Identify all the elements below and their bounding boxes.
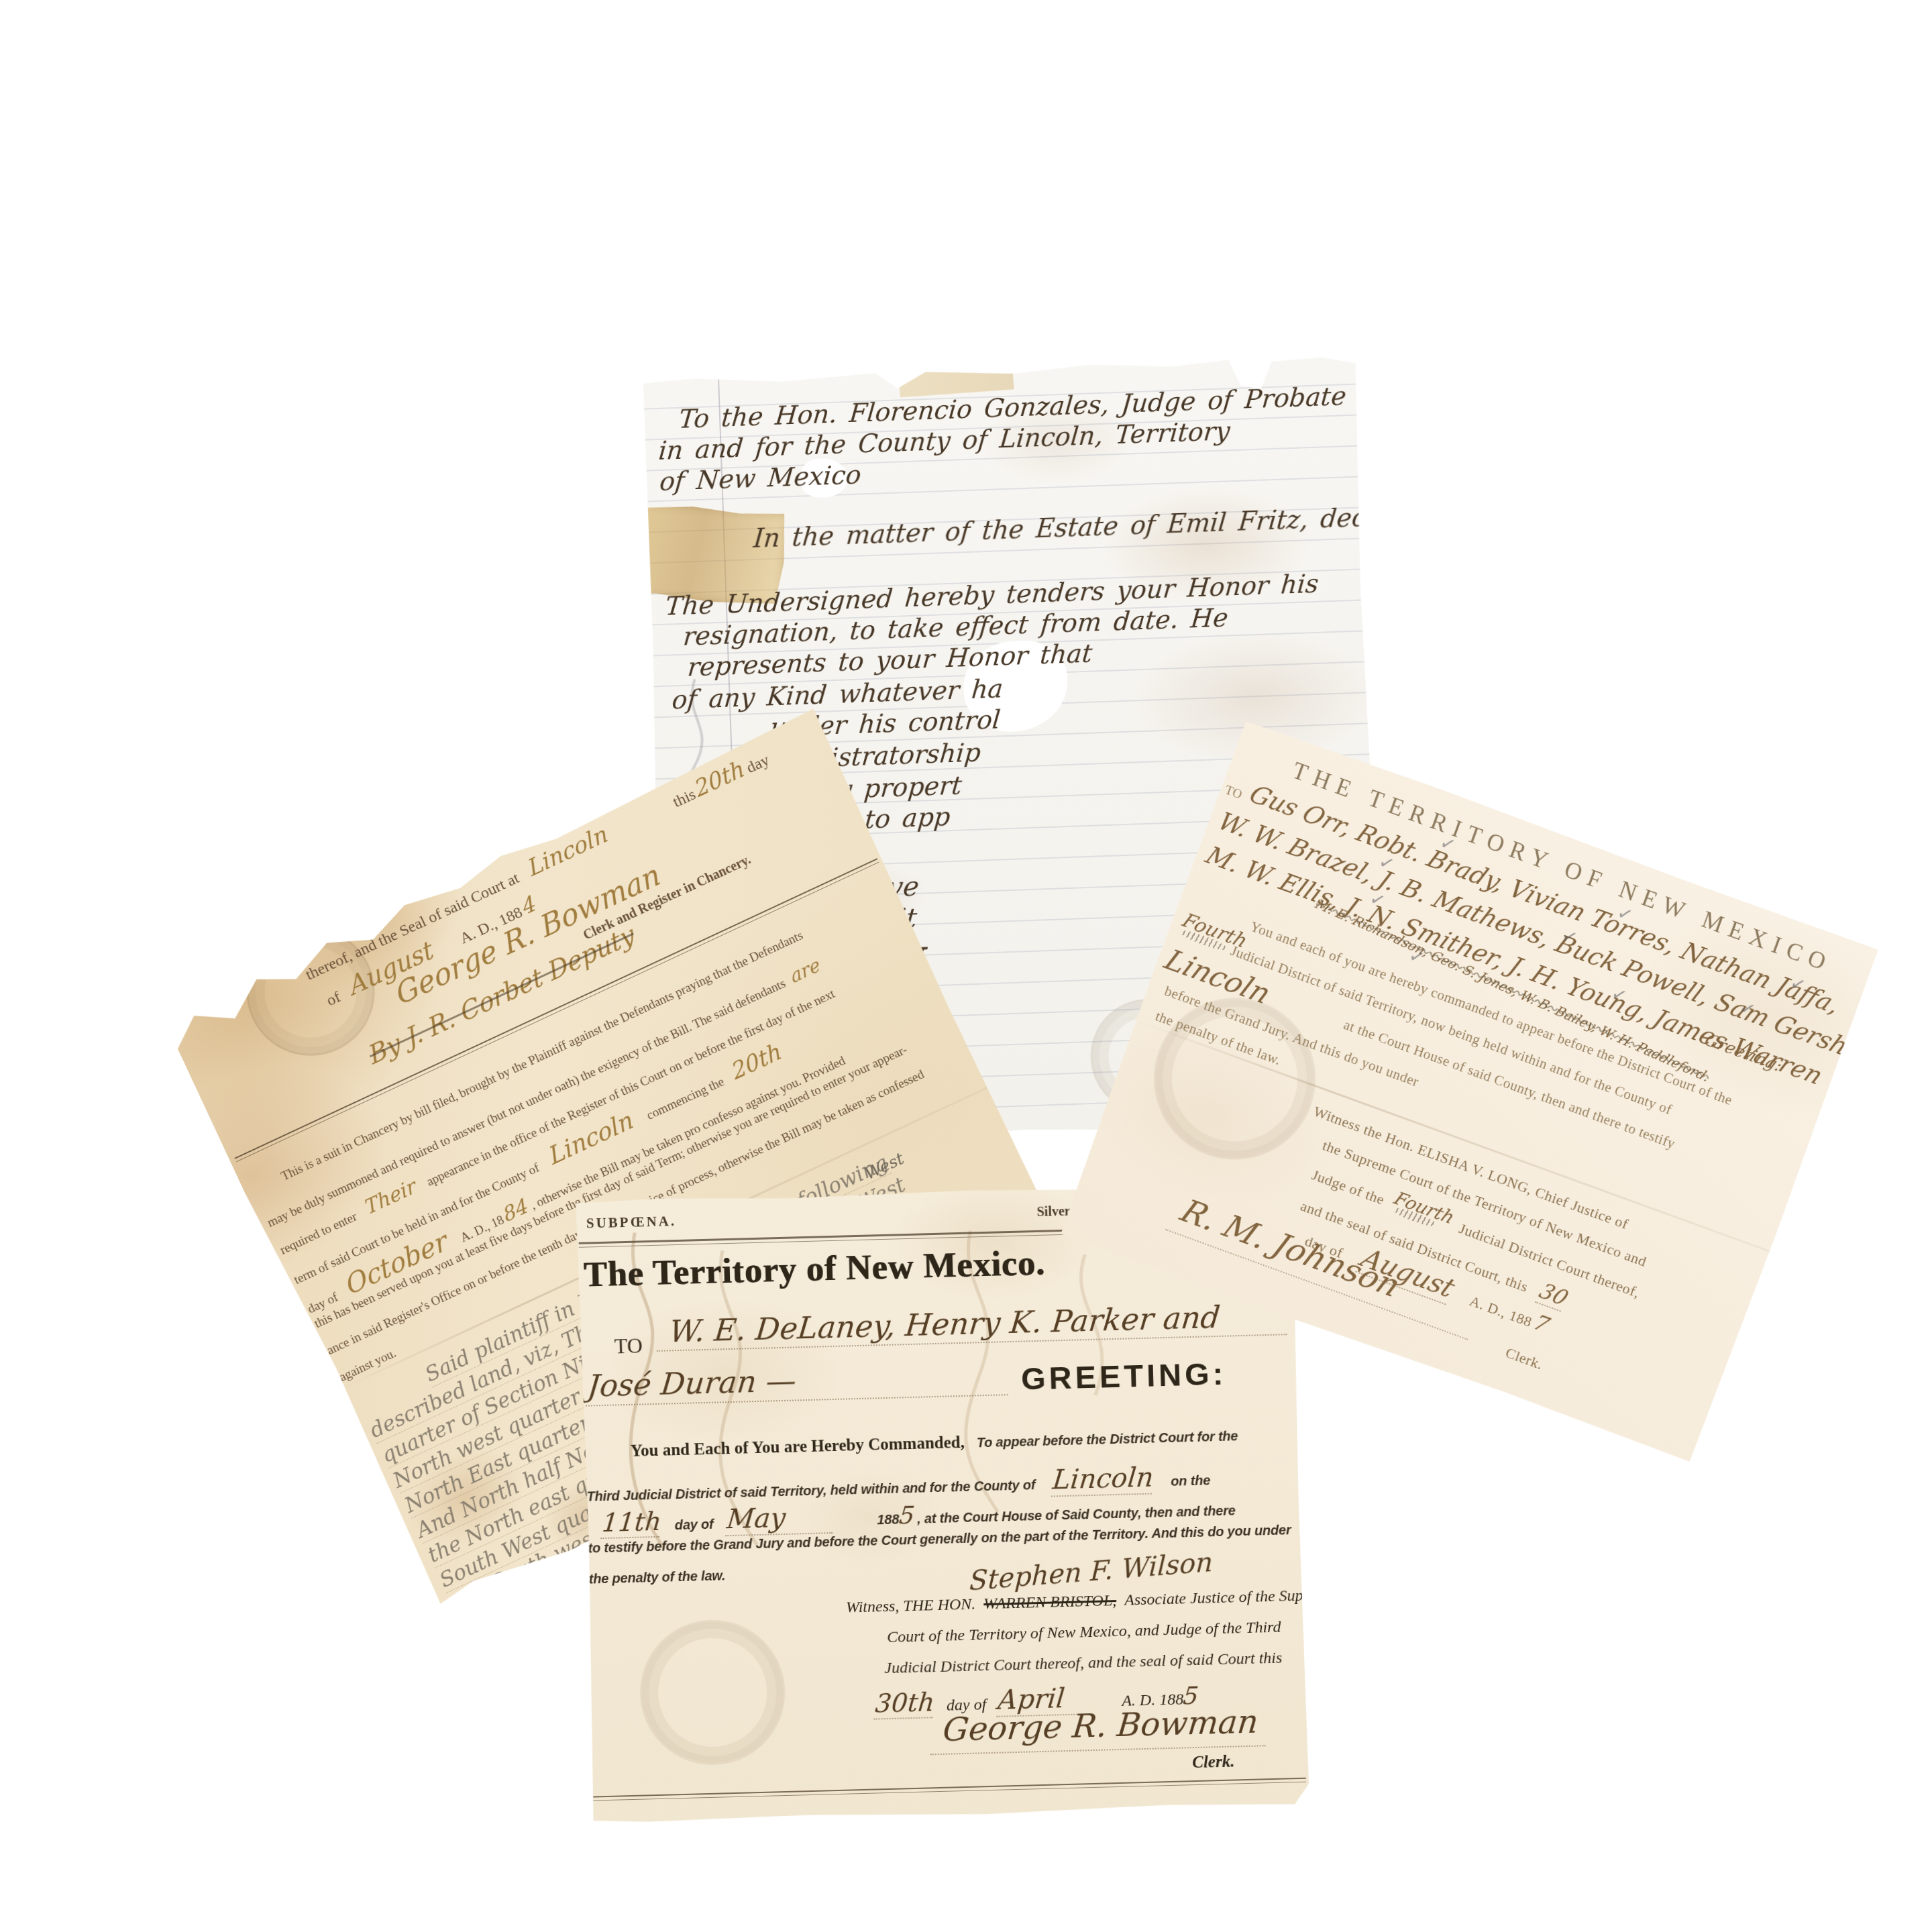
witness-line: Witness, THE HON. WARREN BRISTOL, Associ… [846,1587,1335,1617]
clerk-label: Clerk. [1192,1752,1235,1772]
month-fill: May [725,1501,836,1536]
printed-text: Witness, THE HON. [846,1596,976,1617]
county-fill: Lincoln [525,820,611,882]
day-fill: 30th [874,1687,936,1719]
embossed-court-seal [638,1618,787,1767]
clerk-signature: George R. Bowman [941,1703,1260,1748]
recipient-names: José Duran — [586,1362,798,1403]
printed-italic-text: day of [675,1517,714,1534]
to-label: TO [1223,783,1244,803]
printed-italic-text: To appear before the District Court for … [977,1429,1238,1450]
printed-bold-text: You and Each of You are Hereby Commanded… [630,1434,965,1460]
to-label: TO [614,1333,643,1358]
printed-italic-text: , at the Court House of Said County, the… [917,1503,1236,1526]
tape-remnant [898,360,1014,398]
year-fill: 5 [898,1502,916,1530]
recipient-names: W. E. DeLaney, Henry K. Parker and [668,1299,1222,1350]
printed-label: this [670,786,698,811]
printed-label: day [744,751,772,777]
struck-name: WARREN BRISTOL, [983,1592,1116,1613]
subpoena-corner-label: SUBPŒNA. [586,1213,677,1232]
are-fill: are [788,953,823,987]
day-fill: 11th [600,1507,663,1539]
printed-italic-text: 188 [877,1512,899,1527]
command-line: You and Each of You are Hereby Commanded… [630,1426,1238,1461]
photo-of-documents: { "colors": { "background": "#ffffff", "… [0,0,1932,1932]
wilson-signature: Stephen F. Wilson [969,1547,1214,1597]
printed-text: Associate Justice of the Supreme [1124,1587,1335,1609]
witness-line: Judicial District Court thereof, and the… [884,1650,1283,1678]
letter-line: In the matter of the Estate of Emil Frit… [752,500,1442,553]
body-line: the penalty of the law. [588,1568,725,1587]
clerk-label: Clerk. [1503,1344,1546,1373]
greeting-label: GREETING: [1020,1355,1226,1397]
witness-line: Court of the Territory of New Mexico, an… [887,1619,1281,1647]
printed-italic-text: on the [1171,1473,1210,1489]
embossed-court-seal [1131,975,1338,1183]
county-fill: Lincoln [1051,1462,1155,1497]
double-rule [593,1778,1306,1801]
document-title: The Territory of New Mexico. [583,1244,1045,1295]
